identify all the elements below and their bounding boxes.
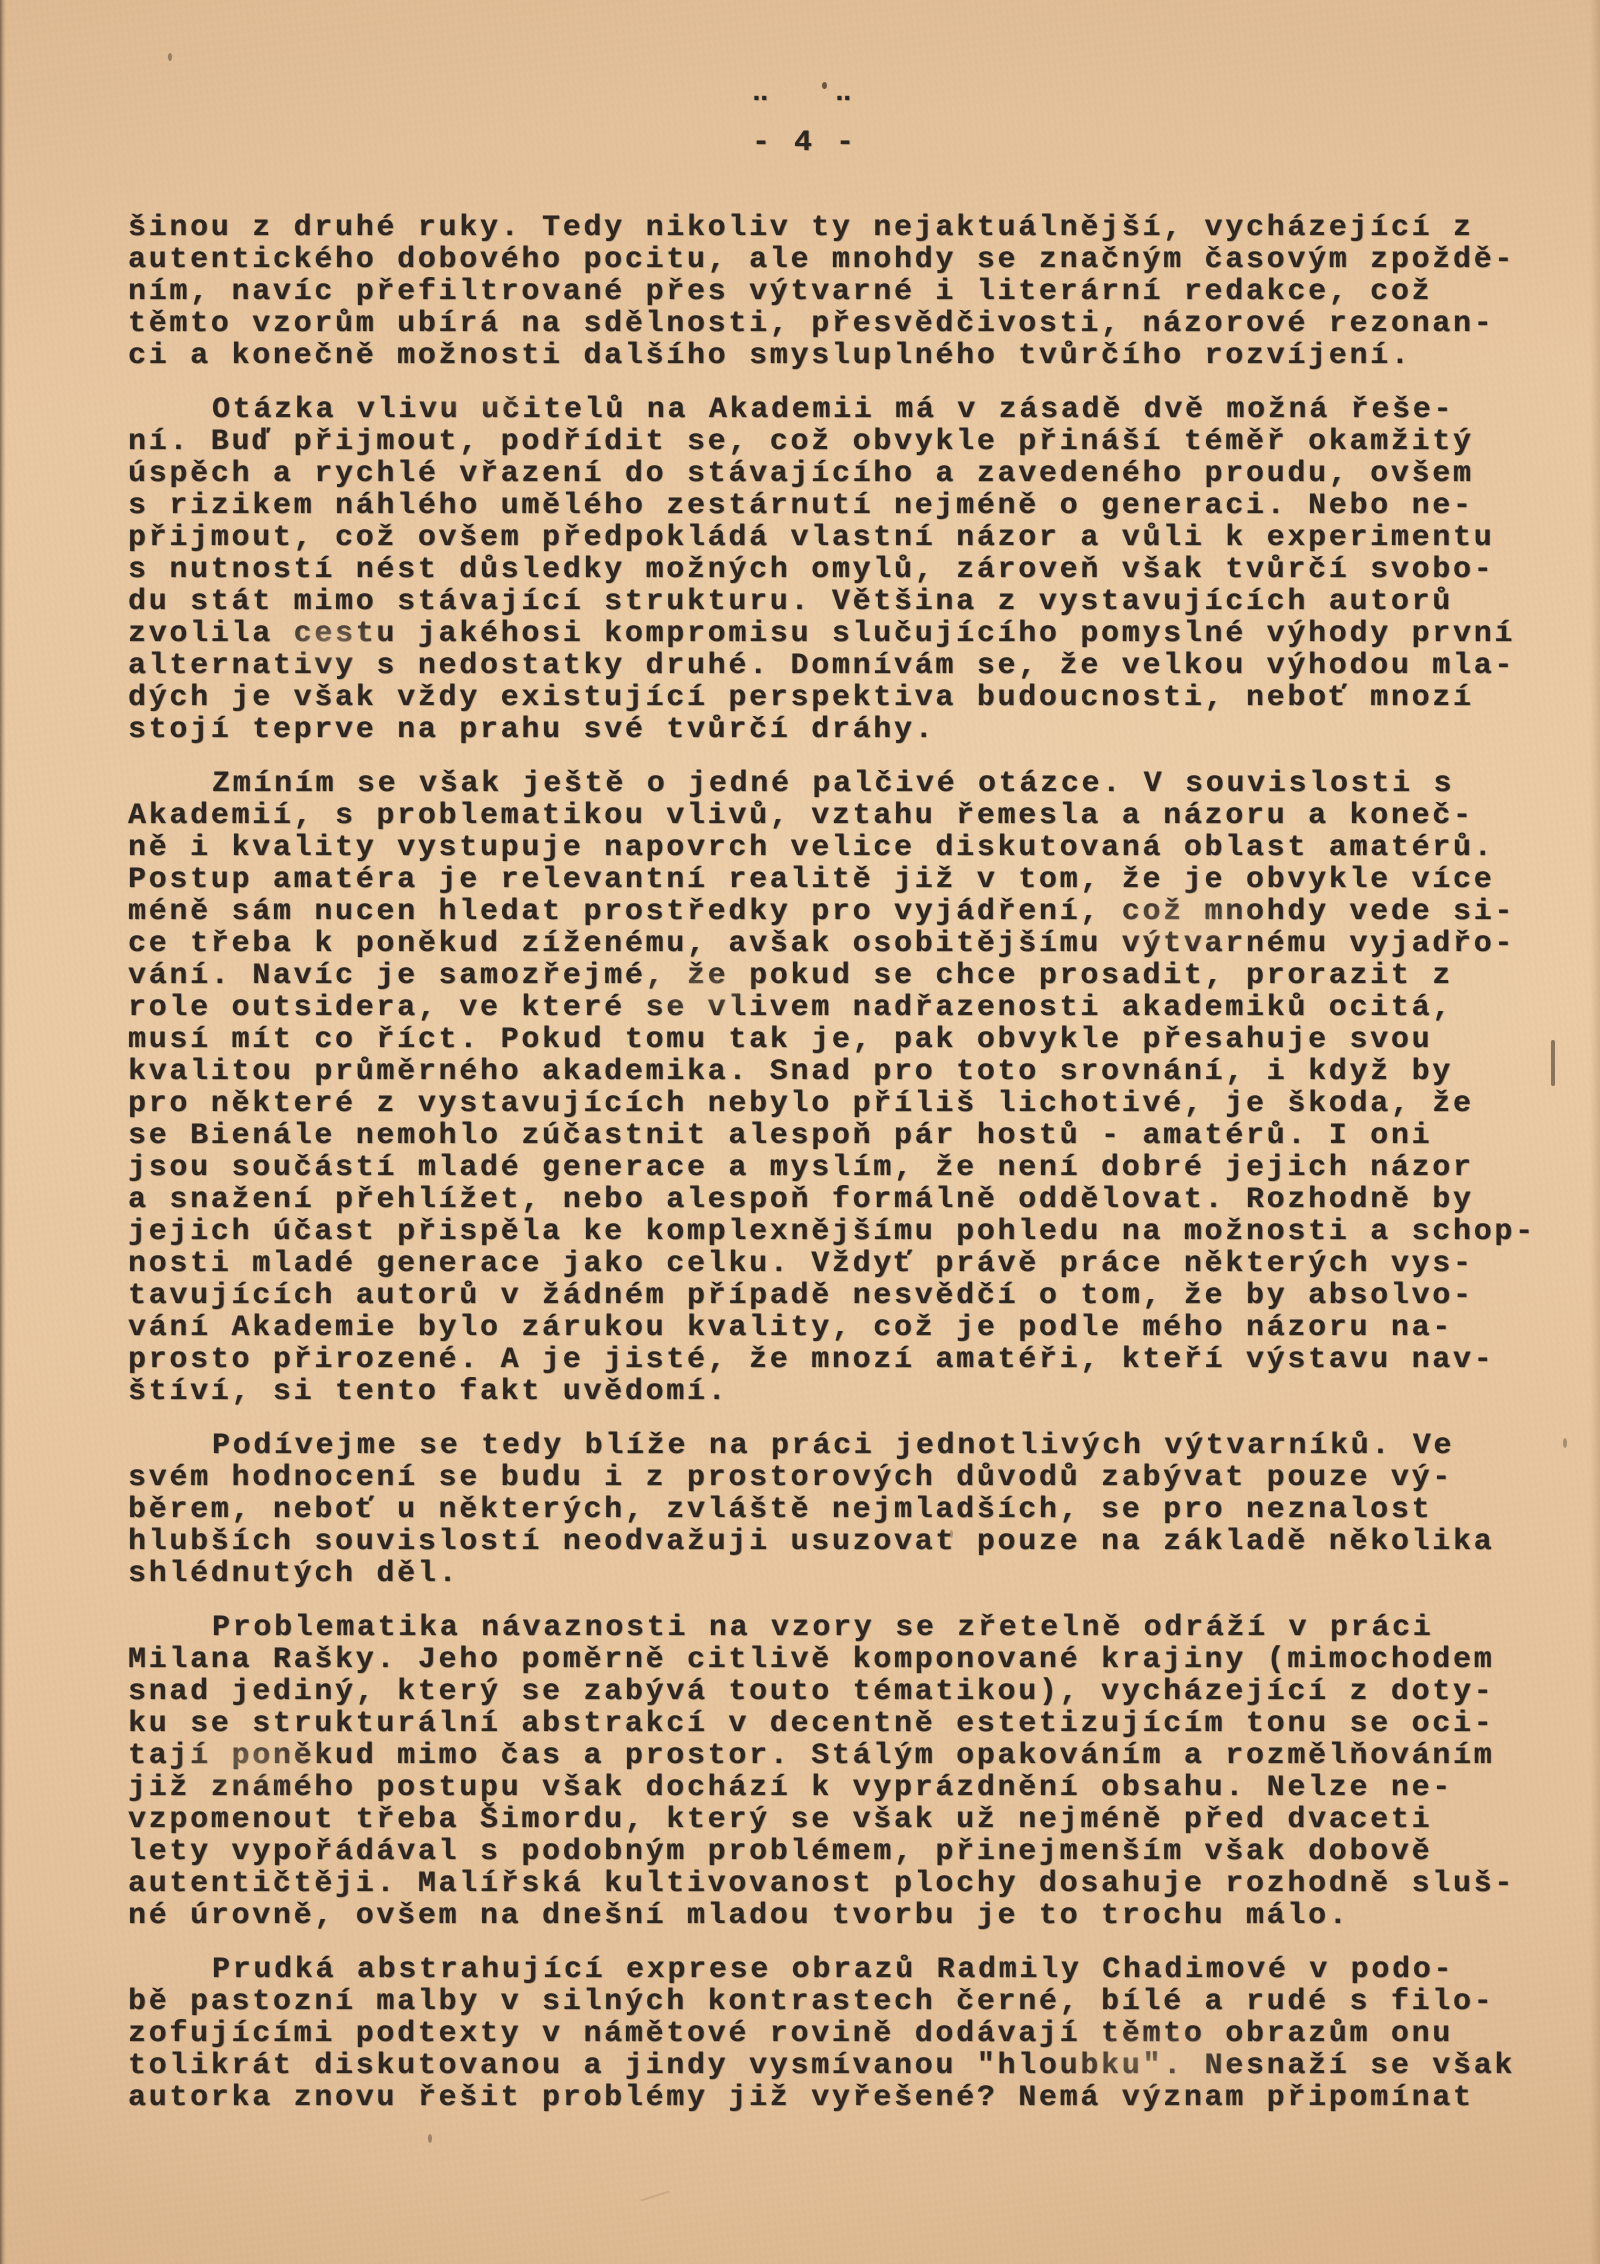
scan-edge-artifact xyxy=(1551,1040,1555,1086)
paragraph: Otázka vlivu učitelů na Akademii má v zá… xyxy=(128,394,1570,746)
paragraph: Podívejme se tedy blíže na práci jednotl… xyxy=(128,1430,1570,1590)
ink-speck xyxy=(950,1530,953,1538)
ink-speck xyxy=(1230,1093,1233,1099)
ink-speck xyxy=(168,53,172,61)
ditto-mark-right: .. xyxy=(831,80,847,108)
page-number: - 4 - xyxy=(752,126,857,160)
paragraph: šinou z druhé ruky. Tedy nikoliv ty neja… xyxy=(128,212,1570,372)
ink-speck xyxy=(822,82,827,89)
typewritten-text-block: šinou z druhé ruky. Tedy nikoliv ty neja… xyxy=(128,212,1570,2114)
scanned-document-page: { "header": { "marks": ["..", ".."], "pa… xyxy=(0,0,1600,2264)
paragraph: Problematika návaznosti na vzory se zřet… xyxy=(128,1612,1570,1932)
ink-speck xyxy=(1563,1438,1567,1448)
ditto-mark-left: .. xyxy=(748,80,764,108)
ink-speck xyxy=(428,2134,432,2143)
paragraph: Zmíním se však ještě o jedné palčivé otá… xyxy=(128,768,1570,1408)
paragraph: Prudká abstrahující exprese obrazů Radmi… xyxy=(128,1954,1570,2114)
